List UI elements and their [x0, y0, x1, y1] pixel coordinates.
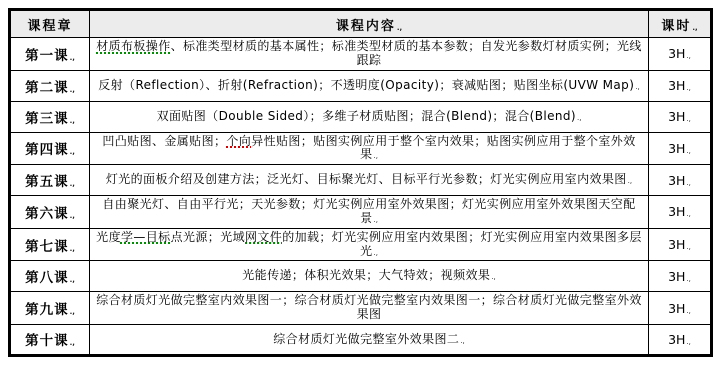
chapter-cell: 第十课.,: [10, 324, 90, 355]
course-table-body: 第一课.,材质布板操作、标准类型材质的基本属性；标准类型材质的基本参数；自发光参…: [10, 38, 712, 356]
table-row: 第五课.,灯光的面板介绍及创建方法；泛光灯、目标聚光灯、目标平行光参数；灯光实例…: [10, 165, 712, 196]
content-cell: 双面贴图（Double Sided）；多维子材质贴图；混合(Blend)；混合(…: [90, 101, 649, 132]
paragraph-mark: .,: [686, 243, 690, 251]
paragraph-mark: .,: [686, 275, 690, 283]
hours-label: 3H: [668, 173, 685, 188]
paragraph-mark: .,: [70, 339, 75, 347]
hours-label: 3H: [668, 78, 685, 93]
content-cell: 综合材质灯光做完整室内效果图一；综合材质灯光做完整室内效果图一；综合材质灯光做完…: [90, 292, 649, 325]
paragraph-mark: .,: [373, 216, 377, 224]
chapter-cell: 第九课.,: [10, 292, 90, 325]
content-cell: 材质布板操作、标准类型材质的基本属性；标准类型材质的基本参数；自发光参数灯材质实…: [90, 38, 649, 71]
hours-label: 3H: [668, 237, 685, 252]
chapter-cell: 第八课.,: [10, 261, 90, 292]
chapter-label: 第八课: [25, 270, 69, 286]
hours-label: 3H: [668, 204, 685, 219]
header-hours-label: 课时: [661, 19, 691, 34]
paragraph-mark: .,: [686, 179, 690, 187]
hours-cell: 3H.,: [649, 70, 712, 101]
header-content: 课程内容.,: [90, 10, 649, 38]
header-content-label: 课程内容: [336, 19, 396, 34]
content-text: 点光源；光域: [171, 230, 245, 244]
paragraph-mark: .,: [686, 115, 690, 123]
paragraph-mark: .,: [70, 245, 75, 253]
hours-cell: 3H.,: [649, 101, 712, 132]
content-cell: 光度学—目标点光源；光域网文件的加载；灯光实例应用室内效果图；灯光实例应用室内效…: [90, 228, 649, 261]
content-text: 的加载；灯光实例应用室内效果图；灯光实例应用室内效果图多层光: [282, 230, 642, 258]
header-chapter: 课程章: [10, 10, 90, 38]
content-text-squiggled: 学—目标: [121, 230, 171, 244]
hours-label: 3H: [668, 332, 685, 347]
table-row: 第四课.,凹凸贴图、金属贴图；个向异性贴图；贴图实例应用于整个室内效果；贴图实例…: [10, 132, 712, 165]
hours-cell: 3H.,: [649, 196, 712, 229]
chapter-cell: 第二课.,: [10, 70, 90, 101]
chapter-label: 第四课: [25, 142, 69, 158]
chapter-cell: 第三课.,: [10, 101, 90, 132]
hours-cell: 3H.,: [649, 132, 712, 165]
content-text: 异性贴图；贴图实例应用于整个室内效果；贴图实例应用于整个室外效果: [251, 134, 635, 162]
content-cell: 自由聚光灯、自由平行光；天光参数；灯光实例应用室外效果图；灯光实例应用室外效果图…: [90, 196, 649, 229]
paragraph-mark: .,: [373, 152, 377, 160]
content-cell: 凹凸贴图、金属贴图；个向异性贴图；贴图实例应用于整个室内效果；贴图实例应用于整个…: [90, 132, 649, 165]
paragraph-mark: .,: [70, 148, 75, 156]
paragraph-mark: .,: [70, 308, 75, 316]
content-text: 综合材质灯光做完整室内效果图一；综合材质灯光做完整室内效果图一；综合材质灯光做完…: [96, 293, 642, 321]
hours-cell: 3H.,: [649, 165, 712, 196]
paragraph-mark: .,: [686, 307, 690, 315]
chapter-cell: 第六课.,: [10, 196, 90, 229]
table-row: 第十课.,综合材质灯光做完整室外效果图二.,3H.,: [10, 324, 712, 355]
paragraph-mark: .,: [373, 249, 377, 257]
header-hours: 课时.,: [649, 10, 712, 38]
paragraph-mark: .,: [397, 24, 402, 32]
hours-label: 3H: [668, 141, 685, 156]
content-text: 反射（Reflection）、折射(Refraction)；不透明度(Opaci…: [98, 78, 634, 92]
header-row: 课程章 课程内容., 课时.,: [10, 10, 712, 38]
paragraph-mark: .,: [70, 54, 75, 62]
table-header: 课程章 课程内容., 课时.,: [10, 10, 712, 38]
hours-cell: 3H.,: [649, 228, 712, 261]
table-row: 第六课.,自由聚光灯、自由平行光；天光参数；灯光实例应用室外效果图；灯光实例应用…: [10, 196, 712, 229]
content-text-squiggled: 材质布板操作: [96, 39, 170, 53]
content-cell: 灯光的面板介绍及创建方法；泛光灯、目标聚光灯、目标平行光参数；灯光实例应用室内效…: [90, 165, 649, 196]
chapter-label: 第三课: [25, 111, 69, 127]
paragraph-mark: .,: [686, 52, 690, 60]
chapter-label: 第二课: [25, 80, 69, 96]
paragraph-mark: .,: [628, 177, 632, 185]
content-text: 自由聚光灯、自由平行光；天光参数；灯光实例应用室外效果图；灯光实例应用室外效果图…: [102, 197, 635, 225]
paragraph-mark: .,: [635, 83, 639, 91]
paragraph-mark: .,: [577, 114, 581, 122]
content-text-squiggled: 个向: [226, 134, 251, 148]
hours-label: 3H: [668, 46, 685, 61]
content-text: 凹凸贴图、金属贴图；: [102, 134, 226, 148]
chapter-label: 第七课: [25, 239, 69, 255]
chapter-cell: 第五课.,: [10, 165, 90, 196]
table-row: 第三课.,双面贴图（Double Sided）；多维子材质贴图；混合(Blend…: [10, 101, 712, 132]
content-text: 综合材质灯光做完整室外效果图二: [273, 332, 459, 346]
chapter-cell: 第四课.,: [10, 132, 90, 165]
hours-label: 3H: [668, 109, 685, 124]
paragraph-mark: .,: [686, 210, 690, 218]
content-text: 双面贴图（Double Sided）；多维子材质贴图；混合(Blend)；混合(…: [157, 109, 576, 123]
paragraph-mark: .,: [70, 180, 75, 188]
table-row: 第一课.,材质布板操作、标准类型材质的基本属性；标准类型材质的基本参数；自发光参…: [10, 38, 712, 71]
paragraph-mark: .,: [686, 84, 690, 92]
content-cell: 综合材质灯光做完整室外效果图二.,: [90, 324, 649, 355]
table-row: 第七课.,光度学—目标点光源；光域网文件的加载；灯光实例应用室内效果图；灯光实例…: [10, 228, 712, 261]
table-row: 第九课.,综合材质灯光做完整室内效果图一；综合材质灯光做完整室内效果图一；综合材…: [10, 292, 712, 325]
paragraph-mark: .,: [70, 86, 75, 94]
chapter-label: 第十课: [25, 333, 69, 349]
content-text: 光能传递；体积光效果；大气特效；视频效果: [242, 268, 490, 282]
paragraph-mark: .,: [70, 212, 75, 220]
chapter-label: 第五课: [25, 174, 69, 190]
content-text-squiggled: 网文件: [245, 230, 282, 244]
header-chapter-label: 课程章: [27, 19, 72, 34]
paragraph-mark: .,: [460, 337, 464, 345]
content-cell: 反射（Reflection）、折射(Refraction)；不透明度(Opaci…: [90, 70, 649, 101]
table-row: 第二课.,反射（Reflection）、折射(Refraction)；不透明度(…: [10, 70, 712, 101]
paragraph-mark: .,: [491, 273, 495, 281]
course-syllabus-table: 课程章 课程内容., 课时., 第一课.,材质布板操作、标准类型材质的基本属性；…: [8, 8, 713, 357]
content-text: 灯光的面板介绍及创建方法；泛光灯、目标聚光灯、目标平行光参数；灯光实例应用室内效…: [106, 172, 627, 186]
content-text: 光度: [96, 230, 121, 244]
paragraph-mark: .,: [70, 276, 75, 284]
content-text: 、标准类型材质的基本属性；标准类型材质的基本参数；自发光参数灯材质实例；光线跟踪: [171, 39, 642, 67]
hours-cell: 3H.,: [649, 261, 712, 292]
hours-cell: 3H.,: [649, 292, 712, 325]
chapter-cell: 第一课.,: [10, 38, 90, 71]
paragraph-mark: .,: [70, 117, 75, 125]
chapter-cell: 第七课.,: [10, 228, 90, 261]
paragraph-mark: .,: [686, 338, 690, 346]
hours-cell: 3H.,: [649, 324, 712, 355]
chapter-label: 第九课: [25, 302, 69, 318]
document-page: 课程章 课程内容., 课时., 第一课.,材质布板操作、标准类型材质的基本属性；…: [0, 0, 718, 378]
paragraph-mark: .,: [686, 147, 690, 155]
chapter-label: 第一课: [25, 48, 69, 64]
table-row: 第八课.,光能传递；体积光效果；大气特效；视频效果.,3H.,: [10, 261, 712, 292]
paragraph-mark: .,: [692, 24, 697, 32]
hours-cell: 3H.,: [649, 38, 712, 71]
content-cell: 光能传递；体积光效果；大气特效；视频效果.,: [90, 261, 649, 292]
hours-label: 3H: [668, 301, 685, 316]
hours-label: 3H: [668, 269, 685, 284]
chapter-label: 第六课: [25, 206, 69, 222]
